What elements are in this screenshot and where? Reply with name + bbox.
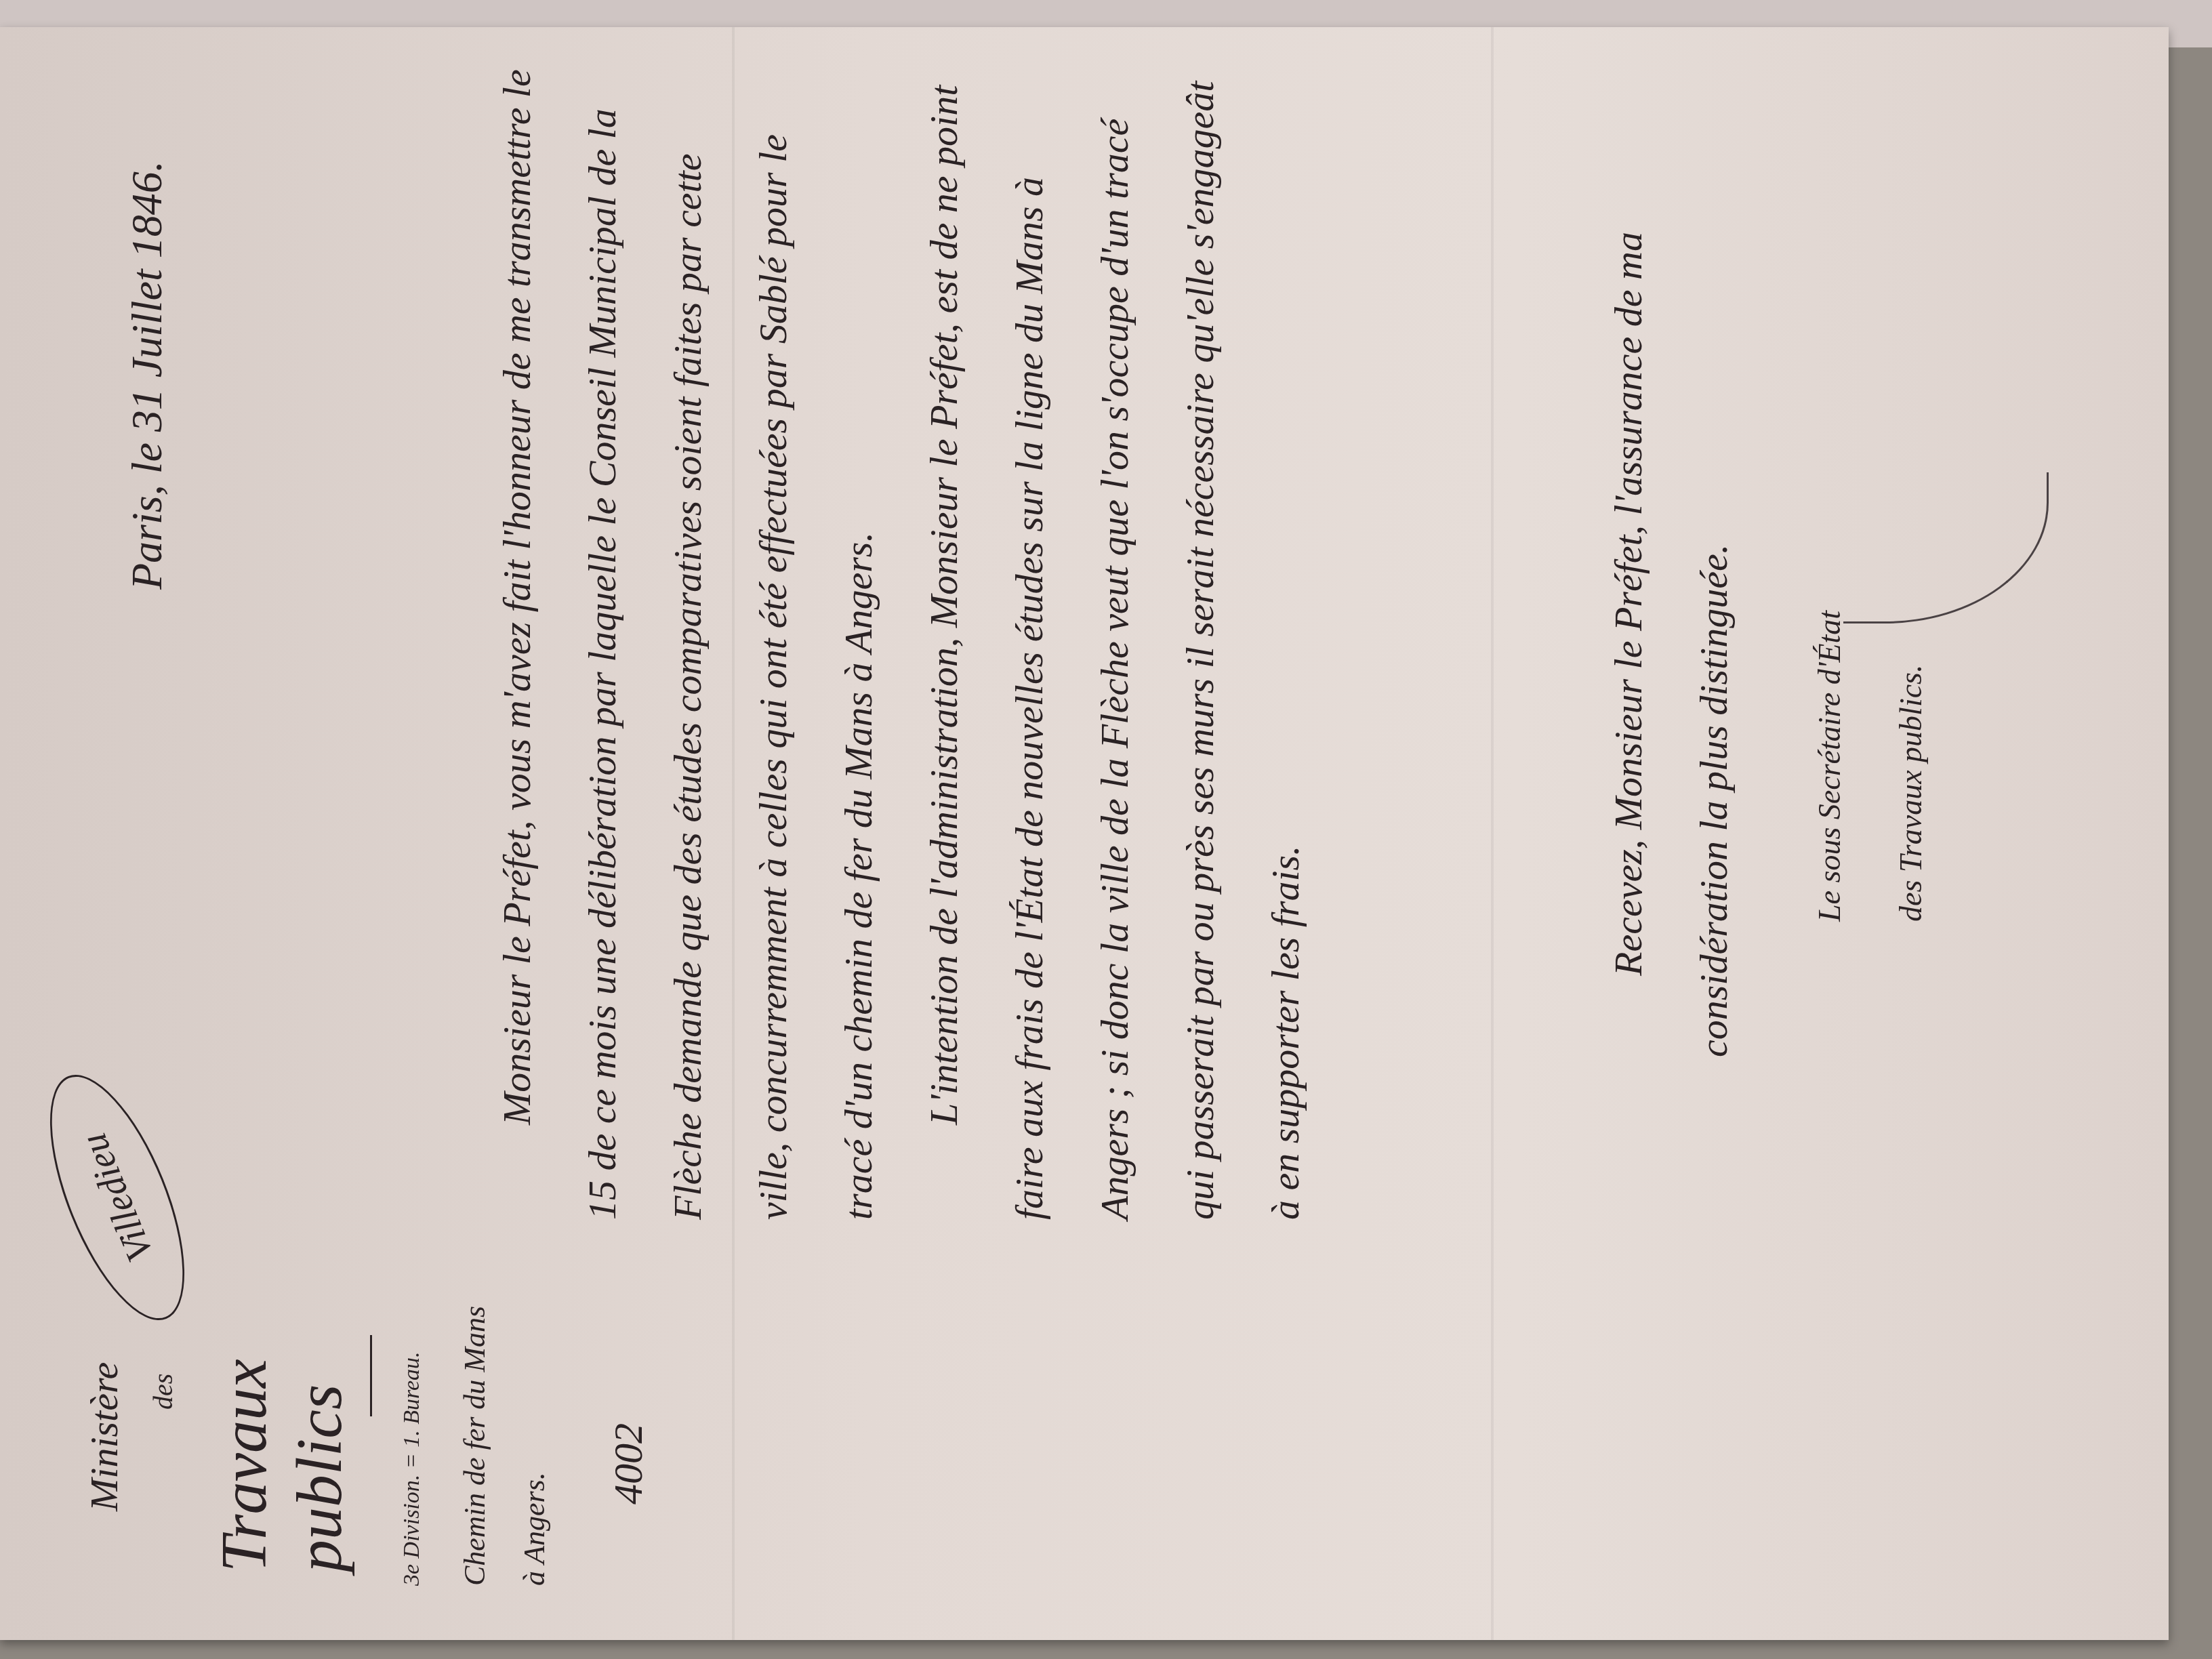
divider: [370, 1335, 372, 1416]
stamp-text: Villedieu: [72, 1127, 163, 1268]
closing-text: Recevez, Monsieur le Préfet, l'assurance…: [1586, 108, 1757, 1057]
paragraph: Monsieur le Préfet, vous m'avez fait l'h…: [474, 68, 901, 1220]
signatory-title-2: des Travaux publics.: [1870, 611, 1952, 922]
signature-flourish: [1843, 472, 2049, 623]
subject-line-2: à Angers.: [505, 1206, 565, 1586]
paragraph: L'intention de l'administration, Monsieu…: [901, 68, 1328, 1220]
closing: Recevez, Monsieur le Préfet, l'assurance…: [1586, 108, 1757, 1057]
letter: Ministère des Travaux publics Villedieu …: [0, 27, 2169, 1640]
date-line: Paris, le 31 Juillet 1846.: [122, 161, 172, 590]
letterhead: Ministère des Travaux publics Villedieu …: [81, 1206, 652, 1586]
division-label: 3e Division. = 1. Bureau.: [399, 1206, 425, 1586]
signatory: Le sous Secrétaire d'État des Travaux pu…: [1789, 611, 1952, 922]
subject-line-1: Chemin de fer du Mans: [445, 1206, 505, 1586]
signatory-title-1: Le sous Secrétaire d'État: [1789, 611, 1870, 922]
ministry-name: Travaux publics: [206, 1206, 356, 1572]
letter-body: Monsieur le Préfet, vous m'avez fait l'h…: [474, 68, 1328, 1220]
reference-number: 4002: [605, 1206, 652, 1504]
